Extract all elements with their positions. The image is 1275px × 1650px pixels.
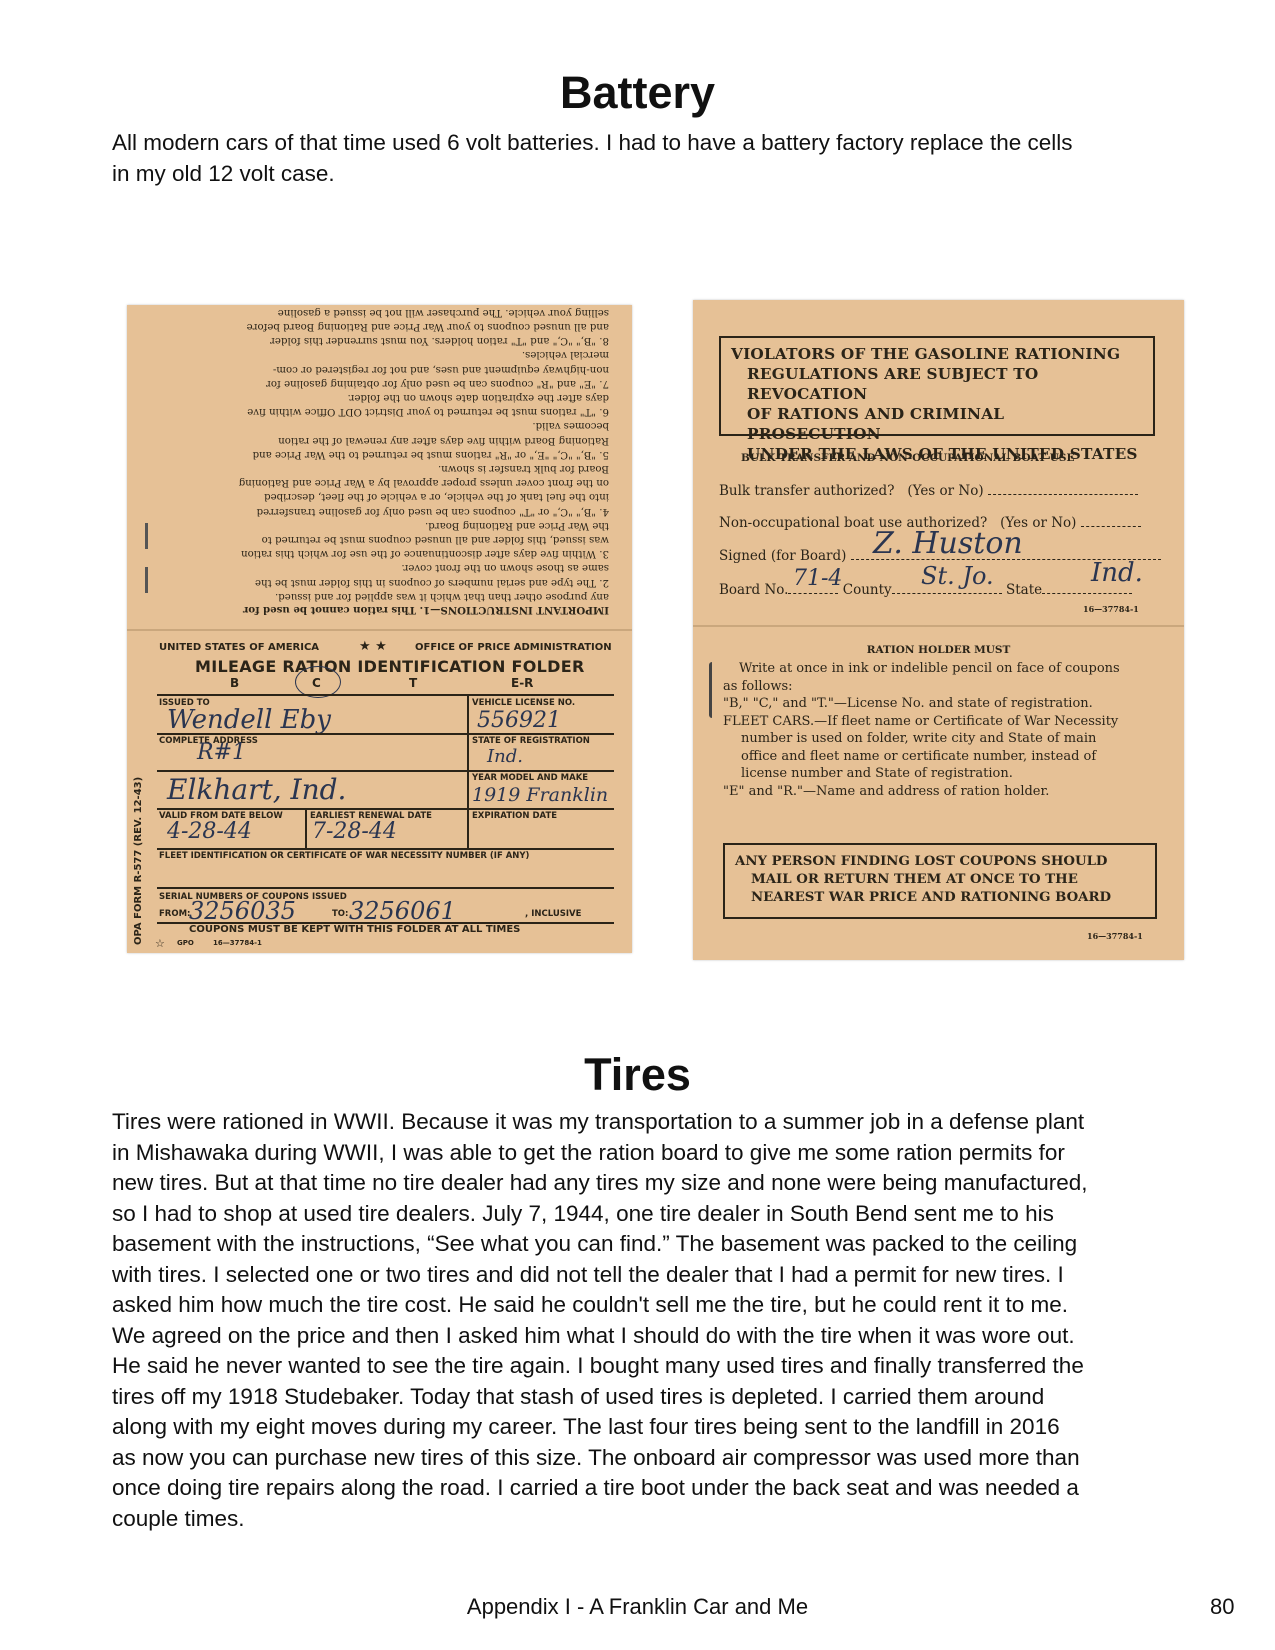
to-label: TO: [332, 909, 348, 919]
instruction-line: office and fleet name or certificate num… [723, 748, 1120, 766]
paragraph-line: We agreed on the price and then I asked … [112, 1321, 1192, 1352]
gpo-label: GPO [177, 939, 194, 947]
instruction-line: Board for bulk transfer is shown. [149, 461, 609, 475]
card-fold [127, 629, 632, 631]
instruction-line: any purpose other than that which it was… [149, 589, 609, 603]
page-number: 80 [1210, 1594, 1234, 1620]
instruction-line: "E" and "R."—Name and address of ration … [723, 783, 1120, 801]
section-heading-tires: Tires [0, 1050, 1275, 1100]
paragraph-line: in Mishawaka during WWII, I was able to … [112, 1138, 1192, 1169]
form-rule [157, 770, 614, 772]
board-no-value: 71-4 [793, 566, 842, 591]
paragraph-line: basement with the instructions, “See wha… [112, 1229, 1192, 1260]
instruction-line: 8. "B," "C," and "T" ration holders. You… [149, 333, 609, 347]
instruction-line: 3. Within five days after discontinuance… [149, 546, 609, 560]
form-rule [157, 694, 614, 696]
lost-coupons-notice-box: ANY PERSON FINDING LOST COUPONS SHOULD M… [723, 843, 1157, 919]
instruction-line: into the fuel tank of the vehicle, or a … [149, 489, 609, 503]
opa-form-side-label: OPA FORM R-577 (REV. 12-43) [133, 777, 144, 945]
serial-to-value: 3256061 [349, 897, 456, 925]
violators-line: OF RATIONS AND CRIMINAL PROSECUTION [731, 404, 1143, 444]
class-er: E-R [511, 676, 533, 690]
inclusive-label: , INCLUSIVE [525, 909, 581, 919]
instruction-line: the War Price and Rationing Board. [149, 518, 609, 532]
serial-from-value: 3256035 [189, 897, 296, 925]
instruction-line: as follows: [723, 678, 1120, 696]
state-value: Ind. [487, 746, 523, 767]
instruction-line: and all unused coupons to your War Price… [149, 319, 609, 333]
star-icon: ★ ★ [359, 639, 387, 654]
staple-icon [145, 567, 148, 593]
violators-line: REGULATIONS ARE SUBJECT TO REVOCATION [731, 364, 1143, 404]
instruction-line: same as those shown on the front cover. [149, 560, 609, 574]
paragraph-line: asked him how much the tire cost. He sai… [112, 1290, 1192, 1321]
instructions-upside-down: IMPORTANT INSTRUCTIONS—1. This ration ca… [149, 321, 609, 617]
instruction-line: becomes valid. [149, 418, 609, 432]
state-label: State [1006, 582, 1042, 598]
license-label: VEHICLE LICENSE NO. [472, 698, 575, 708]
card-fold [693, 625, 1184, 627]
instruction-line: number is used on folder, write city and… [723, 730, 1120, 748]
class-b: B [230, 676, 239, 690]
bulk-transfer-question: Bulk transfer authorized? [719, 483, 894, 499]
county-value: St. Jo. [921, 562, 994, 590]
keep-notice: COUPONS MUST BE KEPT WITH THIS FOLDER AT… [189, 924, 520, 935]
staple-icon [145, 523, 148, 549]
instruction-line: 2. The type and serial numbers of coupon… [149, 574, 609, 588]
form-rule [305, 808, 307, 848]
section-heading-battery: Battery [0, 68, 1275, 118]
yes-no-hint: (Yes or No) [907, 483, 983, 499]
paragraph-line: tires off my 1918 Studebaker. Today that… [112, 1382, 1192, 1413]
instruction-line: 7. "E" and "R" coupons can be used only … [149, 376, 609, 390]
folder-title: MILEAGE RATION IDENTIFICATION FOLDER [195, 657, 585, 676]
address-line2-value: Elkhart, Ind. [167, 773, 346, 806]
license-value: 556921 [477, 708, 561, 733]
instruction-line: IMPORTANT INSTRUCTIONS—1. This ration ca… [149, 603, 609, 617]
form-rule [467, 808, 469, 848]
expiration-label: EXPIRATION DATE [472, 811, 557, 821]
instruction-line: 4. "B," "C," or "T" coupons can be used … [149, 503, 609, 517]
paragraph-line: so I had to shop at used tire dealers. J… [112, 1199, 1192, 1230]
lost-coupons-line: ANY PERSON FINDING LOST COUPONS SHOULD [735, 853, 1145, 871]
paragraph-line: with tires. I selected one or two tires … [112, 1260, 1192, 1291]
paragraph-line: He said he never wanted to see the tire … [112, 1351, 1192, 1382]
header-usa: UNITED STATES OF AMERICA [159, 642, 319, 653]
answer-line [988, 494, 1138, 495]
instruction-line: days after the expiration date shown on … [149, 390, 609, 404]
address-line1-value: R#1 [197, 740, 246, 765]
header-opa: OFFICE OF PRICE ADMINISTRATION [415, 642, 612, 653]
footer-title: Appendix I - A Franklin Car and Me [0, 1594, 1275, 1620]
fleet-label: FLEET IDENTIFICATION OR CERTIFICATE OF W… [159, 851, 529, 861]
paragraph-line: Tires were rationed in WWII. Because it … [112, 1107, 1192, 1138]
board-signature: Z. Huston [873, 526, 1023, 561]
instruction-line: license number and State of registration… [723, 765, 1120, 783]
state-label: STATE OF REGISTRATION [472, 736, 590, 746]
lost-coupons-line: NEAREST WAR PRICE AND RATIONING BOARD [735, 889, 1145, 907]
paragraph-line: along with my eight moves during my care… [112, 1412, 1192, 1443]
ration-folder-back-image: VIOLATORS OF THE GASOLINE RATIONING REGU… [693, 300, 1184, 960]
form-rule [157, 887, 614, 889]
paragraph-line: in my old 12 volt case. [112, 159, 1192, 190]
form-rule [467, 694, 469, 808]
ration-holder-heading: RATION HOLDER MUST [693, 644, 1184, 656]
paragraph-line: new tires. But at that time no tire deal… [112, 1168, 1192, 1199]
issued-to-value: Wendell Eby [167, 705, 331, 735]
paragraph-line: once doing tire repairs along the road. … [112, 1473, 1192, 1504]
instruction-line: "B," "C," and "T."—License No. and state… [723, 695, 1120, 713]
board-no-label: Board No. [719, 582, 788, 598]
bulk-transfer-row: Bulk transfer authorized? (Yes or No) [719, 483, 1138, 499]
battery-paragraph: All modern cars of that time used 6 volt… [112, 128, 1192, 189]
answer-line [1081, 526, 1141, 527]
class-t: T [409, 676, 417, 690]
paragraph-line: All modern cars of that time used 6 volt… [112, 128, 1192, 159]
instruction-line: 5. "B," "C," "E," or "R" rations must be… [149, 447, 609, 461]
instruction-line: selling your vehicle. The purchaser will… [149, 305, 609, 319]
star-outline-icon: ☆ [155, 937, 165, 950]
year-value: 1919 Franklin [472, 784, 608, 806]
instruction-line: Rationing Board within five days after a… [149, 432, 609, 446]
renewal-value: 7-28-44 [312, 819, 397, 844]
form-rule [157, 848, 614, 850]
form-number: 16—37784-1 [213, 939, 262, 947]
from-label: FROM: [159, 909, 190, 919]
paragraph-line: as now you can purchase new tires of thi… [112, 1443, 1192, 1474]
instruction-line: 6. "T" rations must be returned to your … [149, 404, 609, 418]
paragraph-line: couple times. [112, 1504, 1192, 1535]
county-label: County [843, 582, 892, 598]
bulk-transfer-heading: BULK TRANSFER AND NON-OCCUPATIONAL BOAT … [741, 452, 1074, 464]
form-number: 16—37784-1 [1083, 604, 1139, 614]
violators-line: VIOLATORS OF THE GASOLINE RATIONING [731, 344, 1143, 364]
signed-label: Signed (for Board) [719, 548, 846, 564]
instruction-line: mercial vehicles. [149, 347, 609, 361]
form-number: 16—37784-1 [1087, 931, 1143, 941]
valid-from-value: 4-28-44 [167, 819, 252, 844]
form-rule [157, 733, 614, 735]
year-label: YEAR MODEL AND MAKE [472, 773, 588, 783]
ration-folder-front-image: IMPORTANT INSTRUCTIONS—1. This ration ca… [127, 305, 632, 953]
instruction-line: non-highway equipment and uses, and not … [149, 361, 609, 375]
violators-notice-box: VIOLATORS OF THE GASOLINE RATIONING REGU… [719, 336, 1155, 436]
instruction-line: on the front cover unless proper approva… [149, 475, 609, 489]
staple-icon [709, 662, 718, 718]
form-rule [157, 808, 614, 810]
instruction-line: Write at once in ink or indelible pencil… [723, 660, 1120, 678]
instruction-line: was issued, this folder and all unused c… [149, 532, 609, 546]
instruction-line: FLEET CARS.—If fleet name or Certificate… [723, 713, 1120, 731]
state-value: Ind. [1091, 558, 1143, 588]
ration-holder-instructions: Write at once in ink or indelible pencil… [723, 660, 1120, 800]
tires-paragraph: Tires were rationed in WWII. Because it … [112, 1107, 1192, 1534]
lost-coupons-line: MAIL OR RETURN THEM AT ONCE TO THE [735, 871, 1145, 889]
